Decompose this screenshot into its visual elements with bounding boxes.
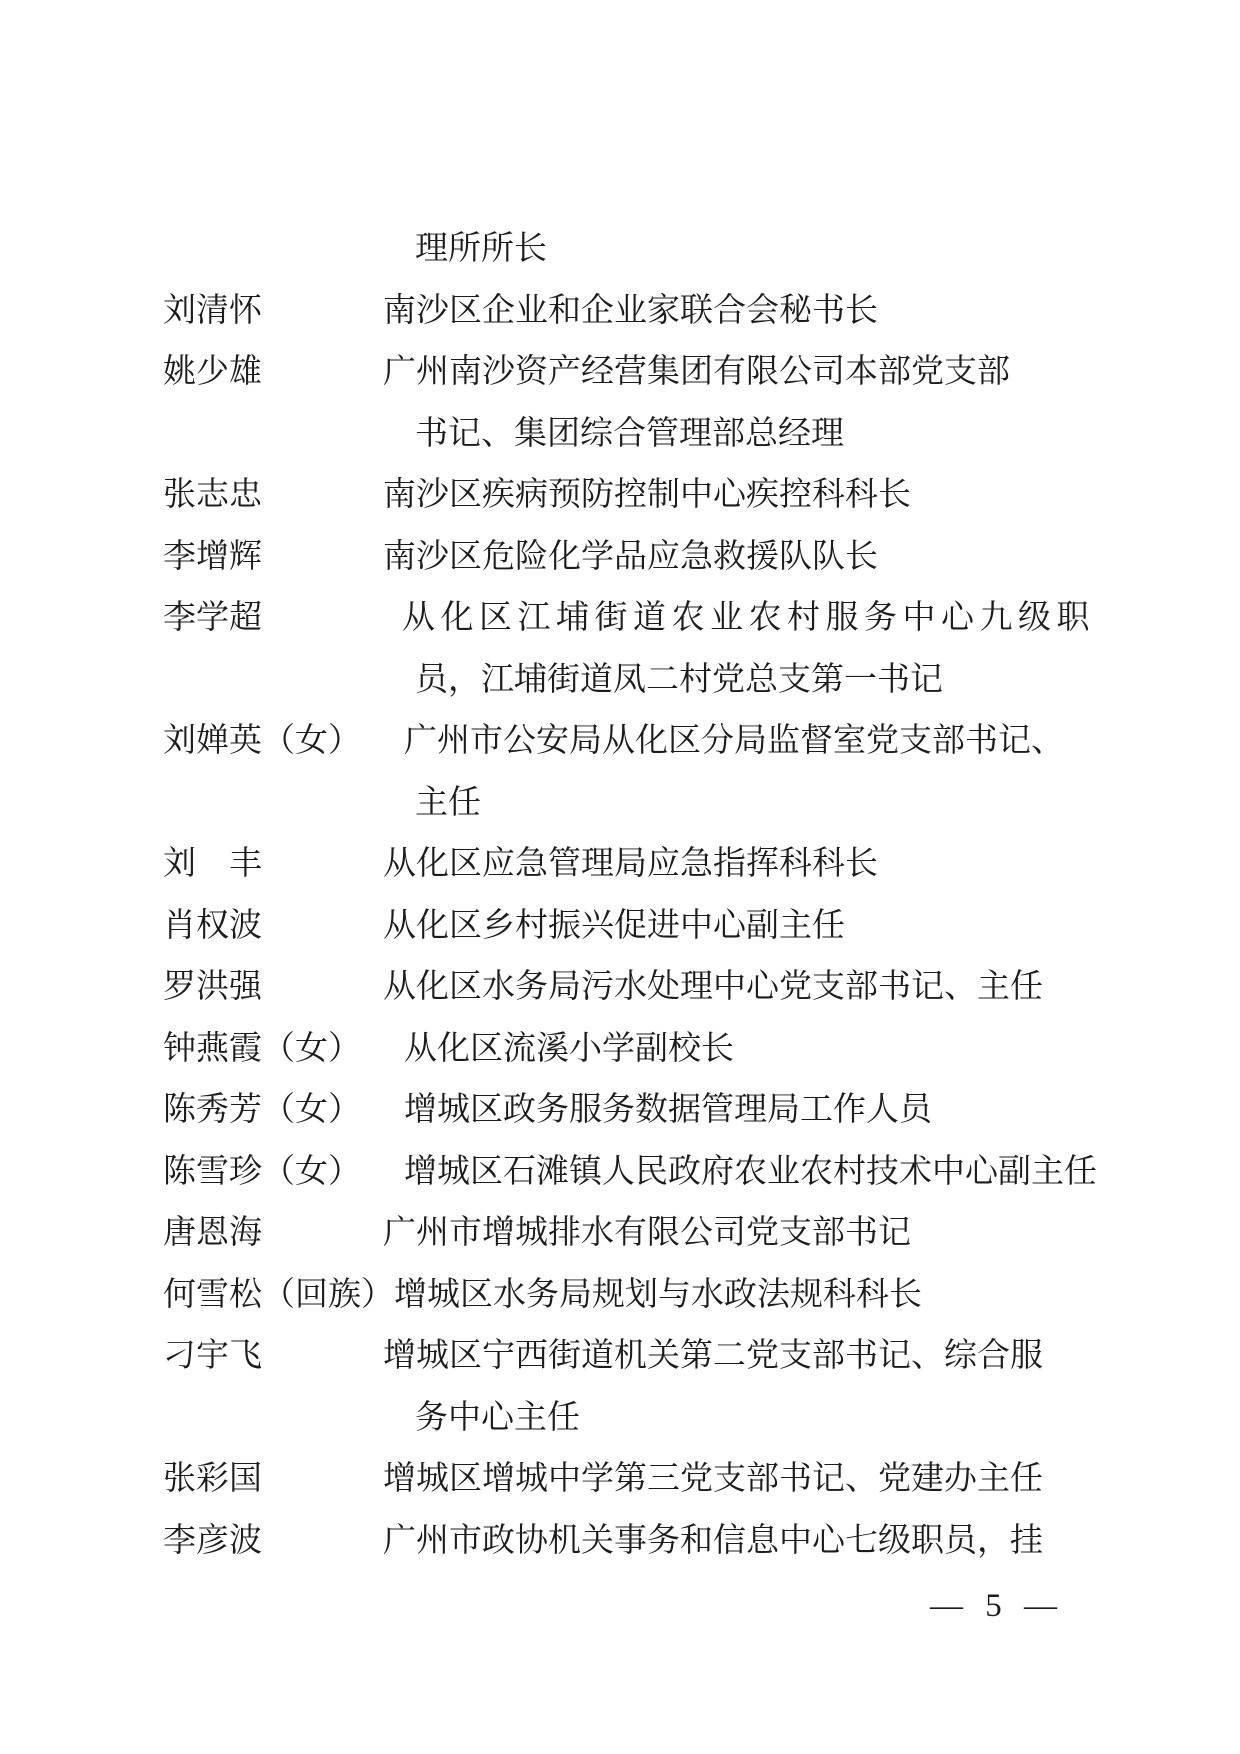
position-title: 从化区应急管理局应急指挥科科长 xyxy=(383,834,878,896)
roster-line: 陈秀芳（女）增城区政务服务数据管理局工作人员 xyxy=(0,1080,1240,1142)
roster-line: 理所所长 xyxy=(0,219,1240,281)
person-name: 张彩国 xyxy=(163,1449,262,1511)
page-number: — 5 — xyxy=(930,1586,1064,1626)
roster-line: 肖权波从化区乡村振兴促进中心副主任 xyxy=(0,896,1240,958)
person-name: 唐恩海 xyxy=(163,1203,262,1265)
roster-line: 务中心主任 xyxy=(0,1388,1240,1450)
roster-line: 书记、集团综合管理部总经理 xyxy=(0,404,1240,466)
roster-line: 李彦波广州市政协机关事务和信息中心七级职员，挂 xyxy=(0,1511,1240,1573)
person-name: 肖权波 xyxy=(163,896,262,958)
roster-line: 刘清怀南沙区企业和企业家联合会秘书长 xyxy=(0,281,1240,343)
position-title: 广州市增城排水有限公司党支部书记 xyxy=(383,1203,911,1265)
roster-line: 主任 xyxy=(0,773,1240,835)
roster-line: 罗洪强从化区水务局污水处理中心党支部书记、主任 xyxy=(0,957,1240,1019)
position-title: 南沙区危险化学品应急救援队队长 xyxy=(383,527,878,589)
roster-line: 姚少雄广州南沙资产经营集团有限公司本部党支部 xyxy=(0,342,1240,404)
roster-line: 刁宇飞增城区宁西街道机关第二党支部书记、综合服 xyxy=(0,1326,1240,1388)
position-title: 从化区流溪小学副校长 xyxy=(404,1019,734,1081)
position-title: 从化区江埔街道农业农村服务中心九级职 xyxy=(402,588,1095,650)
roster-line: 陈雪珍（女）增城区石滩镇人民政府农业农村技术中心副主任 xyxy=(0,1142,1240,1204)
position-title: 广州市公安局从化区分局监督室党支部书记、 xyxy=(404,711,1064,773)
position-title: 增城区水务局规划与水政法规科科长 xyxy=(394,1265,922,1327)
position-title: 员，江埔街道凤二村党总支第一书记 xyxy=(415,650,943,712)
person-name: 刘清怀 xyxy=(163,281,262,343)
position-title: 书记、集团综合管理部总经理 xyxy=(415,404,844,466)
person-name: 何雪松（回族） xyxy=(163,1265,394,1327)
person-name: 钟燕霞（女） xyxy=(163,1019,361,1081)
position-title: 理所所长 xyxy=(415,219,547,281)
person-name: 李增辉 xyxy=(163,527,262,589)
position-title: 从化区水务局污水处理中心党支部书记、主任 xyxy=(383,957,1043,1019)
roster-line: 李增辉南沙区危险化学品应急救援队队长 xyxy=(0,527,1240,589)
roster-line: 张志忠南沙区疾病预防控制中心疾控科科长 xyxy=(0,465,1240,527)
roster-line: 员，江埔街道凤二村党总支第一书记 xyxy=(0,650,1240,712)
person-name: 陈秀芳（女） xyxy=(163,1080,361,1142)
person-name: 罗洪强 xyxy=(163,957,262,1019)
roster-line: 刘婵英（女）广州市公安局从化区分局监督室党支部书记、 xyxy=(0,711,1240,773)
roster-line: 张彩国增城区增城中学第三党支部书记、党建办主任 xyxy=(0,1449,1240,1511)
person-name: 李彦波 xyxy=(163,1511,262,1573)
roster-list: 理所所长刘清怀南沙区企业和企业家联合会秘书长姚少雄广州南沙资产经营集团有限公司本… xyxy=(0,219,1240,1572)
position-title: 从化区乡村振兴促进中心副主任 xyxy=(383,896,845,958)
position-title: 主任 xyxy=(415,773,481,835)
person-name: 刘 丰 xyxy=(163,834,262,896)
position-title: 南沙区企业和企业家联合会秘书长 xyxy=(383,281,878,343)
roster-line: 钟燕霞（女）从化区流溪小学副校长 xyxy=(0,1019,1240,1081)
roster-line: 唐恩海广州市增城排水有限公司党支部书记 xyxy=(0,1203,1240,1265)
person-name: 姚少雄 xyxy=(163,342,262,404)
roster-line: 李学超从化区江埔街道农业农村服务中心九级职 xyxy=(0,588,1240,650)
roster-line: 何雪松（回族）增城区水务局规划与水政法规科科长 xyxy=(0,1265,1240,1327)
document-page: 理所所长刘清怀南沙区企业和企业家联合会秘书长姚少雄广州南沙资产经营集团有限公司本… xyxy=(0,0,1240,1754)
position-title: 增城区石滩镇人民政府农业农村技术中心副主任 xyxy=(404,1142,1097,1204)
person-name: 张志忠 xyxy=(163,465,262,527)
position-title: 广州市政协机关事务和信息中心七级职员，挂 xyxy=(383,1511,1043,1573)
position-title: 增城区宁西街道机关第二党支部书记、综合服 xyxy=(383,1326,1043,1388)
person-name: 陈雪珍（女） xyxy=(163,1142,361,1204)
person-name: 刁宇飞 xyxy=(163,1326,262,1388)
position-title: 广州南沙资产经营集团有限公司本部党支部 xyxy=(383,342,1010,404)
position-title: 务中心主任 xyxy=(415,1388,580,1450)
roster-line: 刘 丰从化区应急管理局应急指挥科科长 xyxy=(0,834,1240,896)
position-title: 增城区政务服务数据管理局工作人员 xyxy=(404,1080,932,1142)
position-title: 增城区增城中学第三党支部书记、党建办主任 xyxy=(383,1449,1043,1511)
position-title: 南沙区疾病预防控制中心疾控科科长 xyxy=(383,465,911,527)
person-name: 李学超 xyxy=(163,588,262,650)
person-name: 刘婵英（女） xyxy=(163,711,361,773)
